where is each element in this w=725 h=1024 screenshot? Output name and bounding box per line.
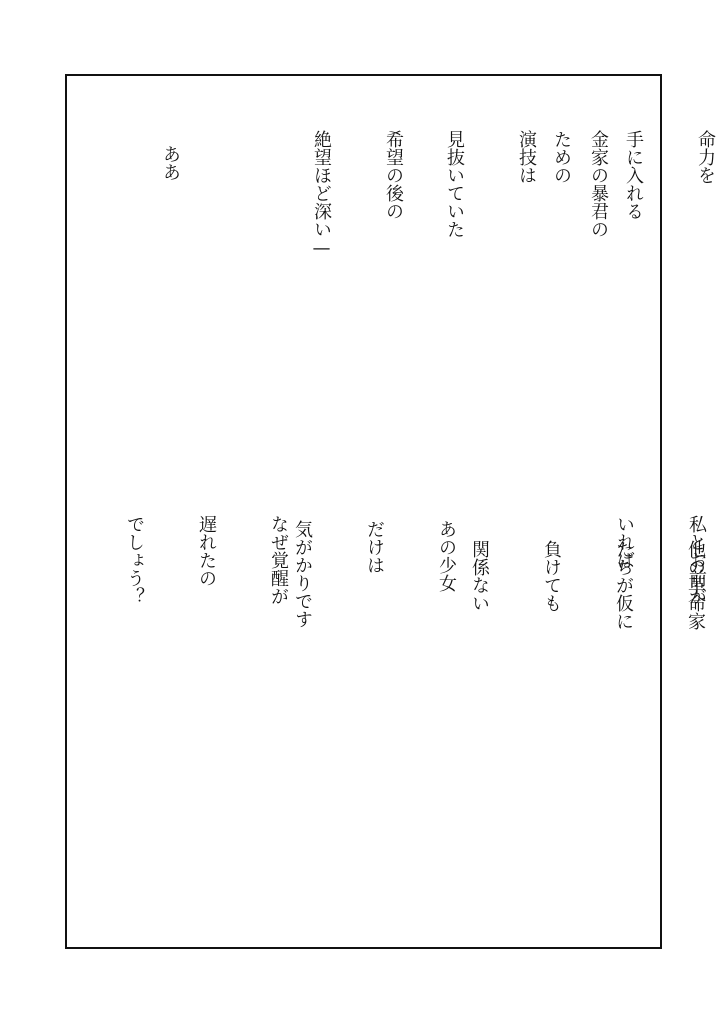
bubble-line: 希望の後の: [381, 130, 405, 259]
bubble-line: 遅れたの: [194, 515, 218, 605]
speech-bubble-top-3: 希望の後の 絶望ほど深い—: [285, 130, 453, 259]
bubble-line: 負けても: [539, 540, 563, 630]
speech-bubble-bottom-4: なぜ覚醒が 遅れたの でしょう？: [98, 515, 338, 605]
bubble-line: でしょう？: [122, 515, 146, 605]
speech-bubble-top-4: ああ: [134, 145, 230, 187]
bubble-line: 他の革命家: [683, 540, 707, 630]
speech-bubble-top-2: 金家の暴君の 演技は 見抜いていた: [418, 130, 658, 238]
bubble-line: ああ: [158, 145, 182, 187]
bubble-line: 演技は: [514, 130, 538, 238]
bubble-line: 命力を: [693, 130, 717, 220]
bubble-line: 絶望ほど深い—: [309, 130, 333, 259]
bubble-line: だけは: [362, 520, 386, 628]
bubble-line: なぜ覚醒が: [266, 515, 290, 605]
bubble-line: たちが仮に: [611, 540, 635, 630]
bubble-line: あの少女: [434, 520, 458, 628]
bubble-line: 金家の暴君の: [586, 130, 610, 238]
